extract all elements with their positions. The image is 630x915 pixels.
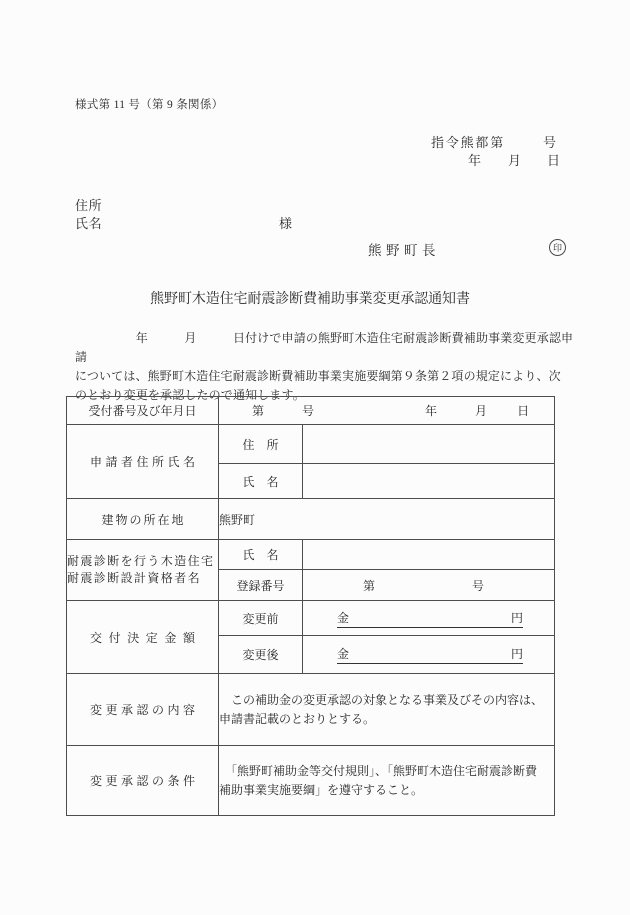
surveyor-reg-prefix: 第: [363, 579, 375, 593]
reference-number-suffix: 号: [543, 135, 558, 150]
building-label: 建物の所在地: [102, 511, 184, 528]
approval-condition-label-cell: 変更承認の条件: [67, 746, 219, 816]
body-line: 年 月 日付けで申請の熊野町木造住宅耐震診断費補助事業変更承認申請: [75, 329, 577, 367]
amount-label: 交付決定金額: [90, 629, 195, 646]
table-row-amount-before: 交付決定金額 変更前 金円: [67, 601, 555, 636]
table-row-approval-condition: 変更承認の条件 「熊野町補助金等交付規則」、「熊野町木造住宅耐震診断費 補助事業…: [67, 746, 555, 816]
approval-condition-value: 「熊野町補助金等交付規則」、「熊野町木造住宅耐震診断費 補助事業実施要綱」を遵守…: [219, 746, 555, 816]
ref-date-month: 月: [508, 153, 521, 168]
table-row-approval-content: 変更承認の内容 この補助金の変更承認の対象となる事業及びその内容は、 申請書記載…: [67, 674, 555, 746]
approval-condition-line: 「熊野町補助金等交付規則」、「熊野町木造住宅耐震診断費: [219, 762, 554, 781]
table-row-surveyor-name: 耐震診断を行う木造住宅 耐震診断設計資格者名 氏 名: [67, 540, 555, 570]
ref-date-day: 日: [547, 153, 560, 168]
surveyor-name-label: 氏 名: [219, 540, 303, 570]
amount-label-cell: 交付決定金額: [67, 601, 219, 674]
issuer-title: 熊野町長: [368, 239, 440, 259]
applicant-label: 申請者住所氏名: [90, 453, 195, 470]
approval-content-line: 申請書記載のとおりとする。: [219, 710, 554, 729]
receipt-no-suffix: 号: [302, 404, 314, 418]
notice-table: 受付番号及び年月日 第号年月日 申請者住所氏名 住 所 氏 名 建物の所在地 熊…: [66, 396, 555, 816]
receipt-year: 年: [425, 404, 437, 418]
surveyor-reg-label: 登録番号: [219, 570, 303, 601]
amount-after-underline: 金円: [337, 645, 523, 664]
table-row-receipt: 受付番号及び年月日 第号年月日: [67, 397, 555, 425]
surveyor-label-line1: 耐震診断を行う木造住宅: [67, 553, 218, 570]
receipt-month: 月: [475, 404, 487, 418]
amount-prefix: 金: [337, 645, 349, 662]
receipt-day: 日: [517, 404, 529, 418]
body-line: については、熊野町木造住宅耐震診断費補助事業実施要綱第９条第２項の規定により、次: [75, 367, 577, 386]
applicant-name-value: [303, 464, 555, 499]
applicant-label-cell: 申請者住所氏名: [67, 425, 219, 499]
reference-number-prefix: 指令熊都第: [431, 135, 505, 150]
approval-content-value: この補助金の変更承認の対象となる事業及びその内容は、 申請書記載のとおりとする。: [219, 674, 555, 746]
surveyor-reg-suffix: 号: [472, 579, 484, 593]
table-row-building: 建物の所在地 熊野町: [67, 499, 555, 540]
applicant-address-value: [303, 425, 555, 464]
surveyor-label-line2: 耐震診断設計資格者名: [67, 570, 218, 587]
addressee-address-label: 住所: [75, 195, 102, 214]
building-label-cell: 建物の所在地: [67, 499, 219, 540]
addressee-honorific: 様: [279, 213, 292, 232]
approval-condition-line: 補助事業実施要綱」を遵守すること。: [219, 781, 554, 800]
surveyor-name-value: [303, 540, 555, 570]
amount-prefix: 金: [337, 609, 349, 626]
table-row-applicant-address: 申請者住所氏名 住 所: [67, 425, 555, 464]
body-paragraph: 年 月 日付けで申請の熊野町木造住宅耐震診断費補助事業変更承認申請 については、…: [75, 329, 577, 405]
addressee-name-label: 氏名: [75, 213, 102, 232]
approval-content-label: 変更承認の内容: [90, 701, 195, 718]
building-value: 熊野町: [219, 499, 555, 540]
amount-after-value: 金円: [303, 636, 555, 674]
amount-suffix: 円: [511, 645, 523, 662]
receipt-value: 第号年月日: [219, 397, 555, 425]
reference-number-line: 指令熊都第号: [431, 132, 558, 151]
form-number: 様式第 11 号（第 9 条関係）: [75, 96, 223, 112]
reference-date-line: 年月日: [468, 150, 560, 169]
applicant-name-label: 氏 名: [219, 464, 303, 499]
amount-before-label: 変更前: [219, 601, 303, 636]
receipt-no-prefix: 第: [252, 404, 264, 418]
amount-suffix: 円: [511, 609, 523, 626]
applicant-address-label: 住 所: [219, 425, 303, 464]
approval-content-label-cell: 変更承認の内容: [67, 674, 219, 746]
surveyor-label-cell: 耐震診断を行う木造住宅 耐震診断設計資格者名: [67, 540, 219, 601]
approval-condition-label: 変更承認の条件: [90, 772, 195, 789]
amount-after-label: 変更後: [219, 636, 303, 674]
seal-mark-icon: 印: [549, 239, 566, 256]
amount-before-value: 金円: [303, 601, 555, 636]
approval-content-line: この補助金の変更承認の対象となる事業及びその内容は、: [219, 691, 554, 710]
ref-date-year: 年: [468, 153, 481, 168]
amount-before-underline: 金円: [337, 609, 523, 628]
receipt-label: 受付番号及び年月日: [67, 397, 219, 425]
surveyor-reg-value: 第号: [303, 570, 555, 601]
document-title: 熊野町木造住宅耐震診断費補助事業変更承認通知書: [0, 288, 620, 308]
